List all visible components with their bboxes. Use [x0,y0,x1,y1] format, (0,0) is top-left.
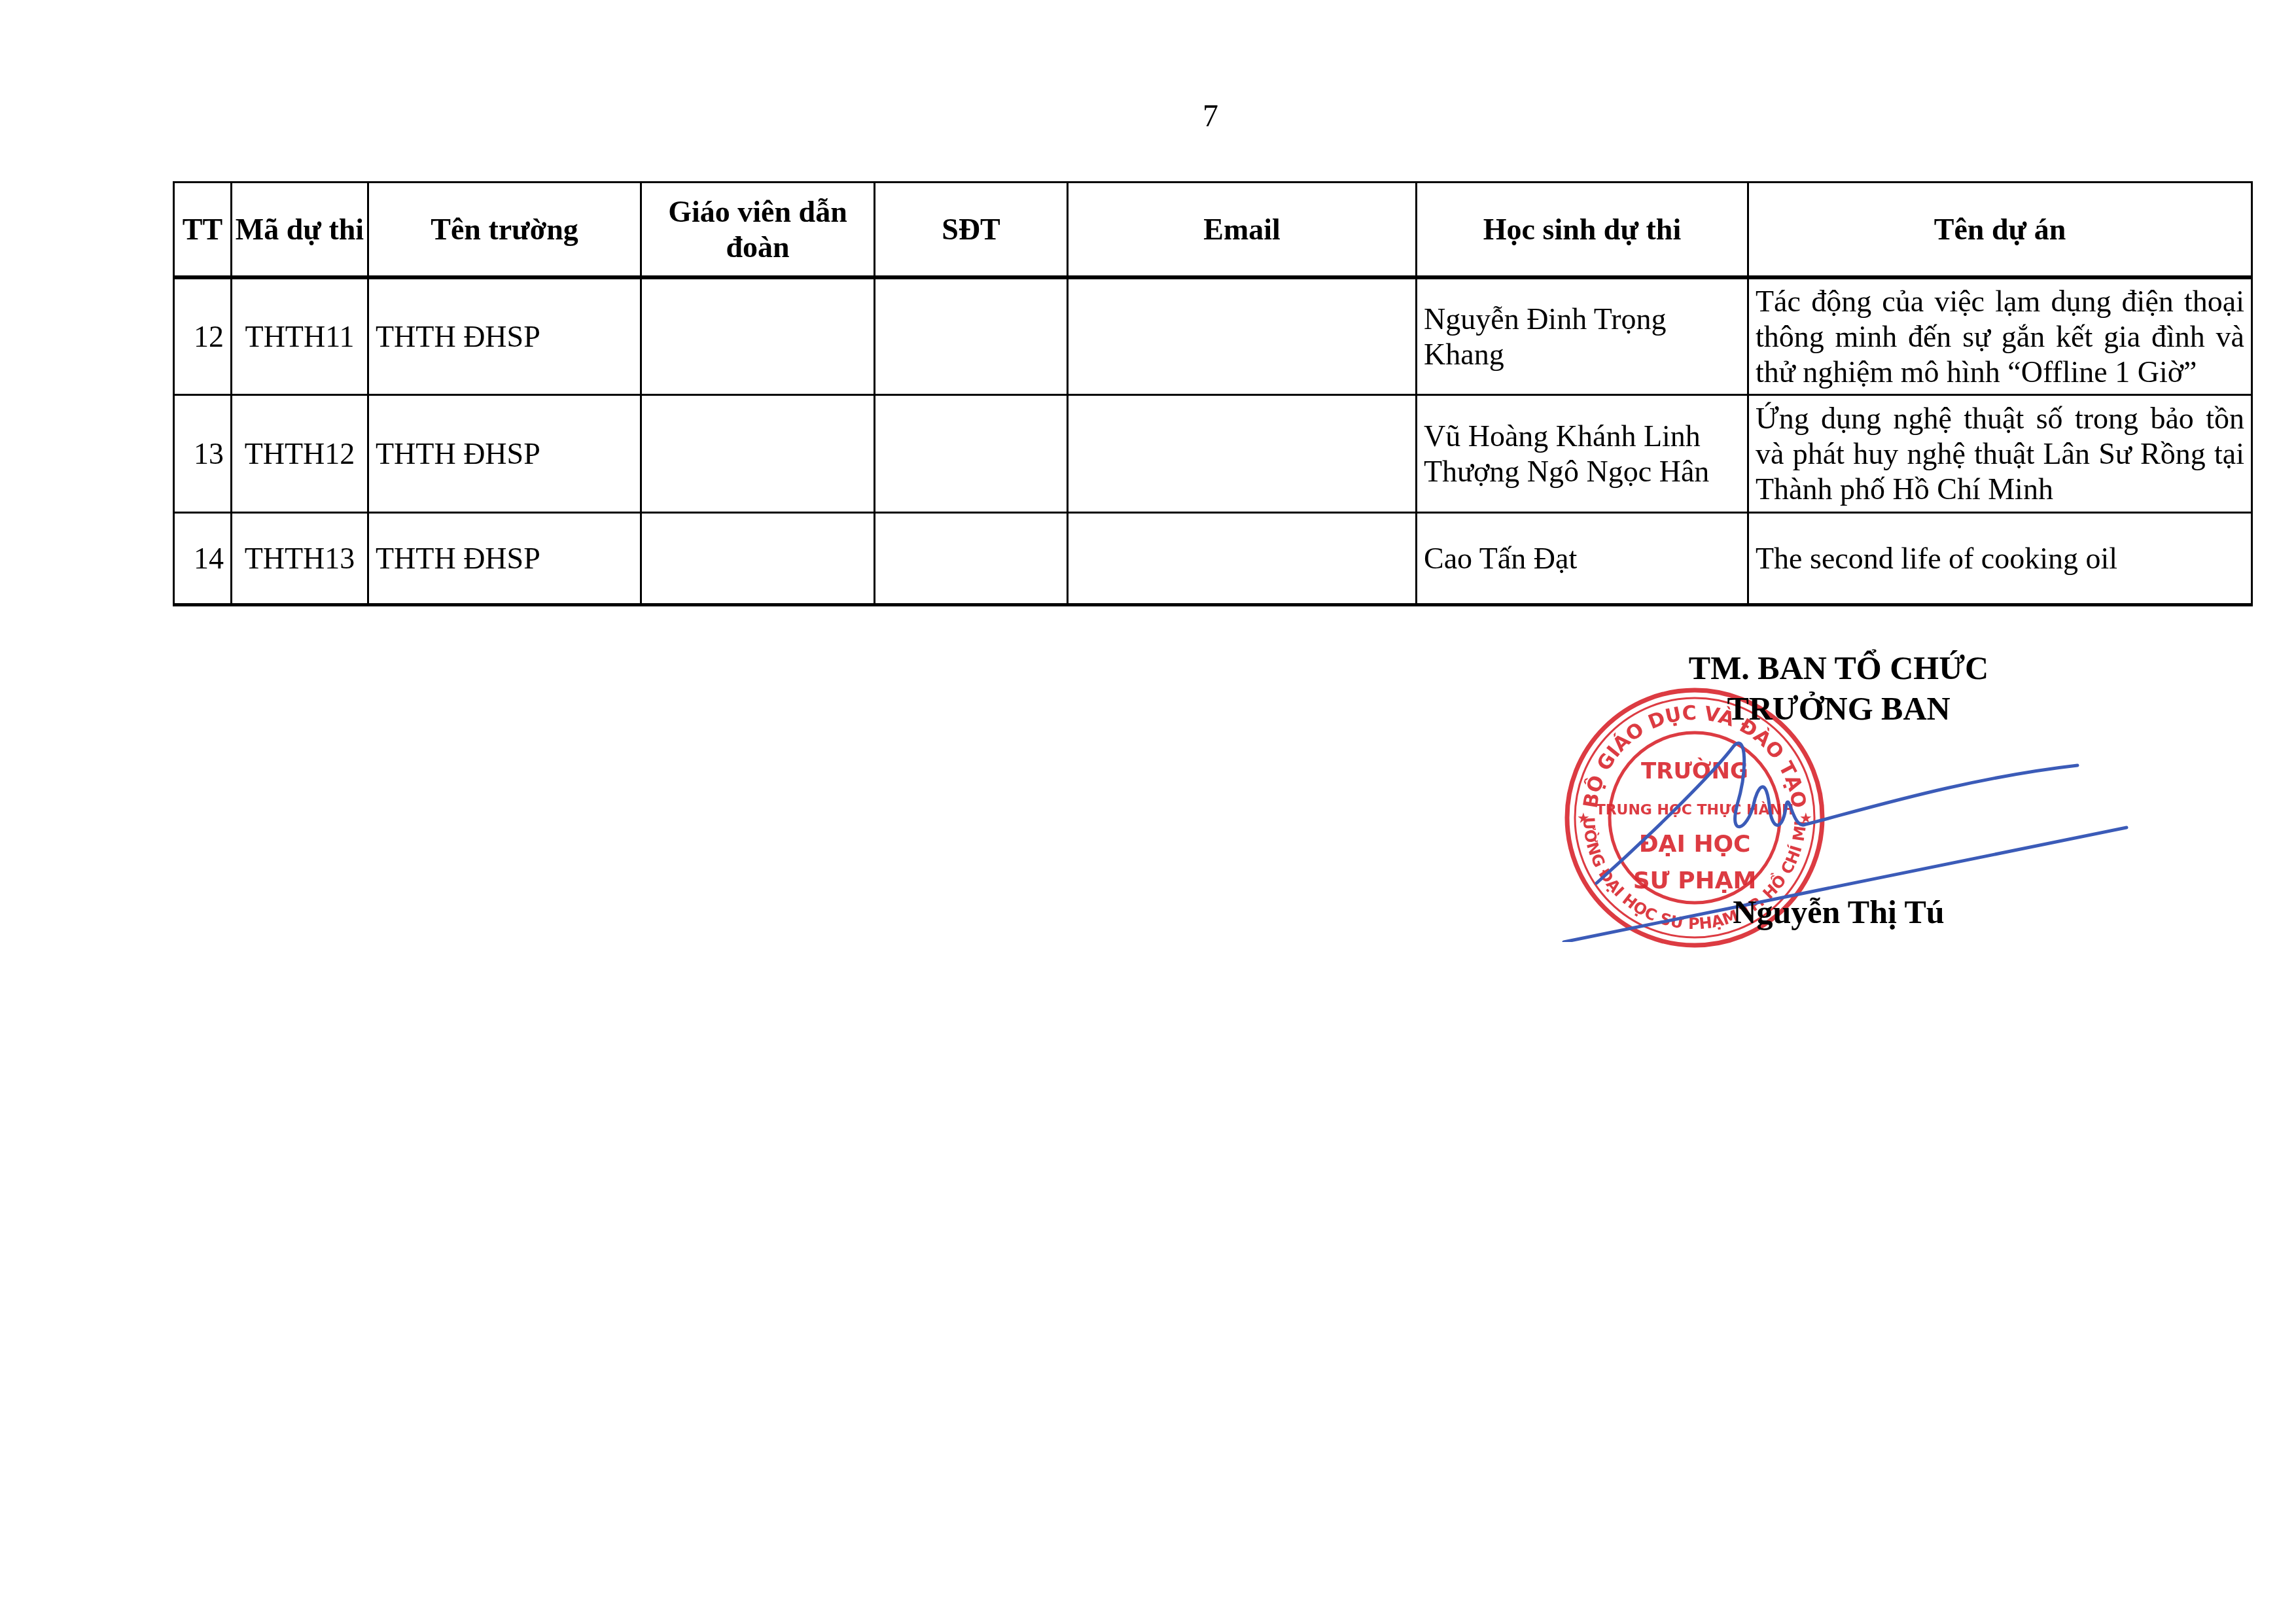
table-row: 13 THTH12 THTH ĐHSP Vũ Hoàng Khánh Linh … [174,395,2252,513]
organizer-title: TM. BAN TỔ CHỨC [1544,648,2133,688]
signature-block: TM. BAN TỔ CHỨC TRƯỞNG BAN [1544,648,2133,729]
cell-code: THTH11 [232,277,368,395]
header-tt: TT [174,183,232,278]
page-number: 7 [1197,98,1224,134]
cell-email [1068,277,1417,395]
signer-name: Nguyễn Thị Tú [1570,893,2107,931]
header-email: Email [1068,183,1417,278]
cell-students: Vũ Hoàng Khánh Linh Thượng Ngô Ngọc Hân [1417,395,1748,513]
cell-email [1068,513,1417,605]
cell-school: THTH ĐHSP [368,277,641,395]
position-title: TRƯỞNG BAN [1544,688,2133,729]
cell-tt: 12 [174,277,232,395]
cell-school: THTH ĐHSP [368,513,641,605]
table-row: 14 THTH13 THTH ĐHSP Cao Tấn Đạt The seco… [174,513,2252,605]
cell-students: Nguyễn Đinh Trọng Khang [1417,277,1748,395]
cell-email [1068,395,1417,513]
cell-teacher [641,513,875,605]
cell-teacher [641,277,875,395]
cell-project: Tác động của việc lạm dụng điện thoại th… [1748,277,2252,395]
header-code: Mã dự thi [232,183,368,278]
cell-tt: 14 [174,513,232,605]
table-header-row: TT Mã dự thi Tên trường Giáo viên dẫn đo… [174,183,2252,278]
cell-code: THTH12 [232,395,368,513]
header-project: Tên dự án [1748,183,2252,278]
cell-phone [875,277,1068,395]
table-row: 12 THTH11 THTH ĐHSP Nguyễn Đinh Trọng Kh… [174,277,2252,395]
header-teacher: Giáo viên dẫn đoàn [641,183,875,278]
cell-project: Ứng dụng nghệ thuật số trong bảo tồn và … [1748,395,2252,513]
cell-phone [875,395,1068,513]
cell-project: The second life of cooking oil [1748,513,2252,605]
cell-teacher [641,395,875,513]
cell-code: THTH13 [232,513,368,605]
header-school: Tên trường [368,183,641,278]
contestant-table: TT Mã dự thi Tên trường Giáo viên dẫn đo… [173,181,2253,606]
cell-tt: 13 [174,395,232,513]
cell-school: THTH ĐHSP [368,395,641,513]
cell-students: Cao Tấn Đạt [1417,513,1748,605]
cell-phone [875,513,1068,605]
header-phone: SĐT [875,183,1068,278]
header-students: Học sinh dự thi [1417,183,1748,278]
